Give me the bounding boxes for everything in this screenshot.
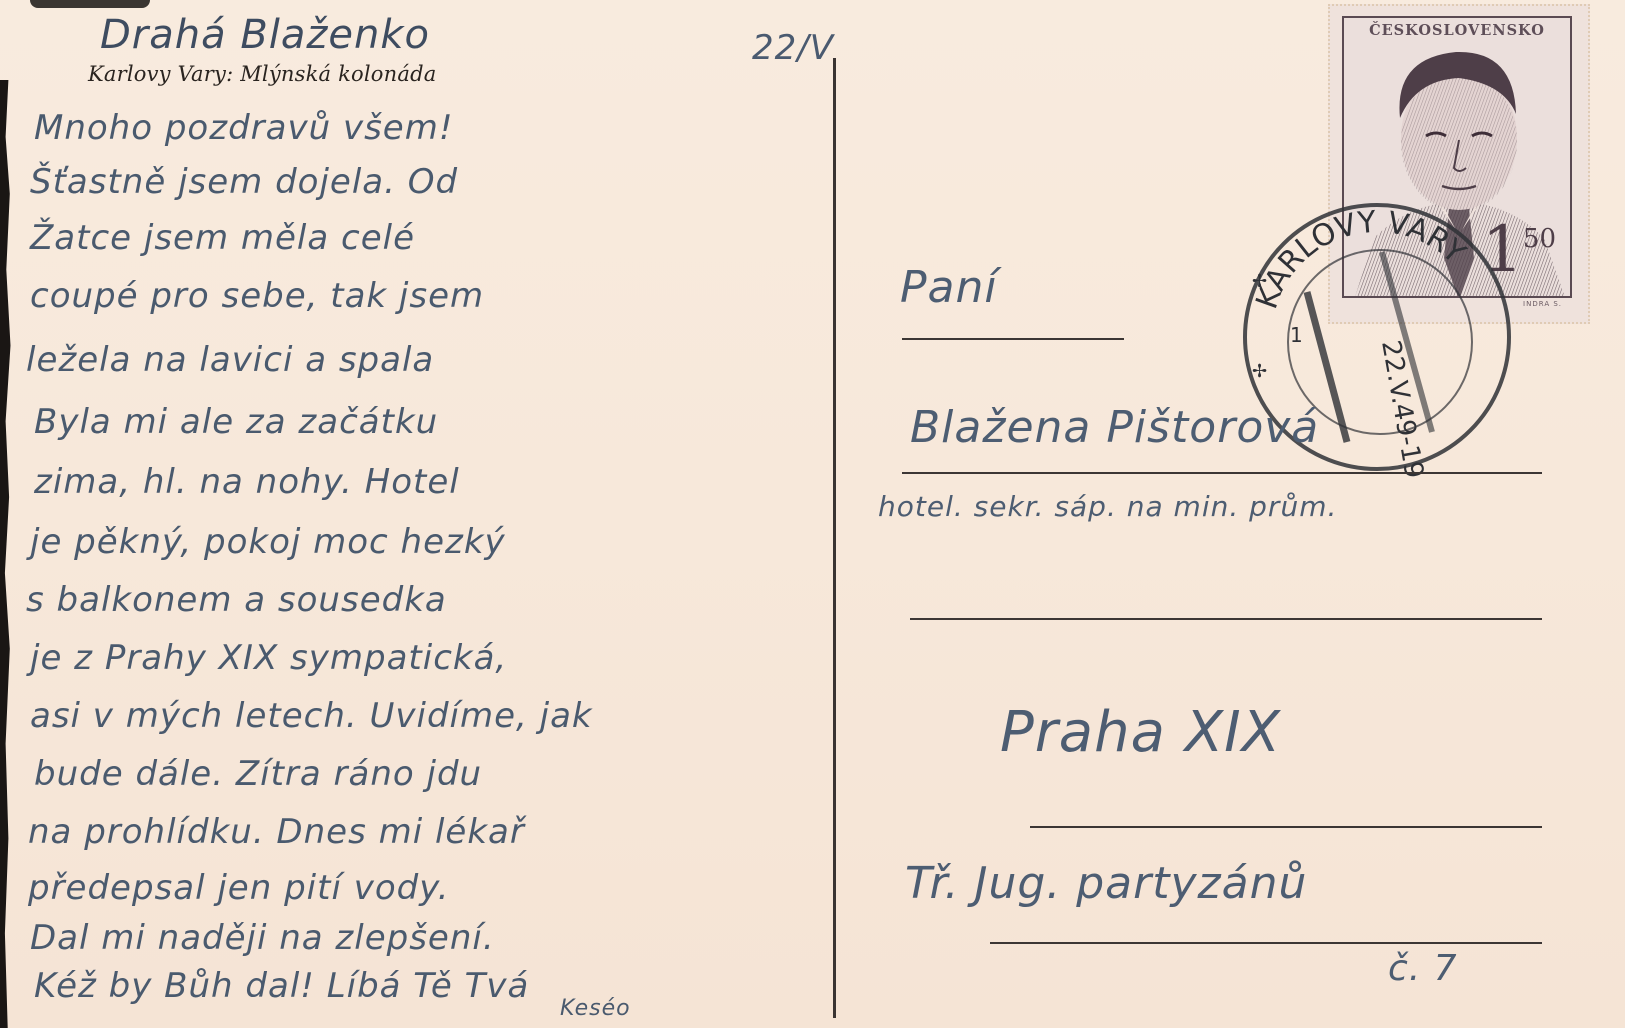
message-line: ležela na lavici a spala bbox=[26, 340, 434, 380]
address-name: Blažena Pištorová bbox=[910, 402, 1319, 453]
address-number: č. 7 bbox=[1388, 948, 1458, 989]
address-note: hotel. sekr. sáp. na min. prům. bbox=[878, 490, 1337, 523]
signature: Keséo bbox=[560, 996, 631, 1021]
postcard-back: Drahá Blaženko 22/V Karlovy Vary: Mlýnsk… bbox=[0, 0, 1625, 1028]
stamp-engraver: INDRA S. bbox=[1523, 300, 1562, 308]
message-line: je z Prahy XIX sympatická, bbox=[30, 638, 507, 678]
greeting: Drahá Blaženko bbox=[100, 12, 430, 58]
date: 22/V bbox=[752, 28, 834, 68]
message-line: bude dále. Zítra ráno jdu bbox=[34, 754, 482, 794]
address-salutation: Paní bbox=[900, 262, 998, 313]
message-line: na prohlídku. Dnes mi lékař bbox=[28, 812, 525, 852]
svg-text:✢: ✢ bbox=[1252, 271, 1267, 292]
message-line: je pěkný, pokoj moc hezký bbox=[30, 522, 506, 562]
postcard-divider bbox=[833, 58, 836, 1018]
message-line: předepsal jen pití vody. bbox=[28, 868, 450, 908]
address-street: Tř. Jug. partyzánů bbox=[905, 858, 1307, 909]
printed-caption: Karlovy Vary: Mlýnská kolonáda bbox=[88, 62, 436, 86]
svg-text:✢: ✢ bbox=[1252, 361, 1267, 382]
message-line: s balkonem a sousedka bbox=[26, 580, 447, 620]
postmark-number: 1 bbox=[1290, 323, 1303, 347]
address-line-3 bbox=[910, 618, 1542, 620]
postmark-town: KARLOVY VARY bbox=[1249, 205, 1472, 314]
address-city: Praha XIX bbox=[1000, 700, 1281, 765]
scan-edge-left bbox=[0, 80, 14, 1028]
message-line: Byla mi ale za začátku bbox=[34, 402, 438, 442]
address-line-4 bbox=[1030, 826, 1542, 828]
address-line-2 bbox=[902, 472, 1542, 474]
message-line: zima, hl. na nohy. Hotel bbox=[34, 462, 460, 502]
address-line-1 bbox=[902, 338, 1124, 340]
scan-edge-top bbox=[30, 0, 150, 8]
message-line: asi v mých letech. Uvidíme, jak bbox=[30, 696, 593, 736]
message-line: Dal mi naději na zlepšení. bbox=[30, 918, 495, 958]
message-line: Žatce jsem měla celé bbox=[30, 218, 415, 258]
message-line: Kéž by Bůh dal! Líbá Tě Tvá bbox=[34, 966, 529, 1006]
address-line-5 bbox=[990, 942, 1542, 944]
postmark-date: 22.V.49-19 bbox=[1375, 338, 1429, 481]
message-line: Šťastně jsem dojela. Od bbox=[30, 162, 458, 202]
message-line: Mnoho pozdravů všem! bbox=[34, 108, 453, 148]
message-line: coupé pro sebe, tak jsem bbox=[30, 276, 484, 316]
